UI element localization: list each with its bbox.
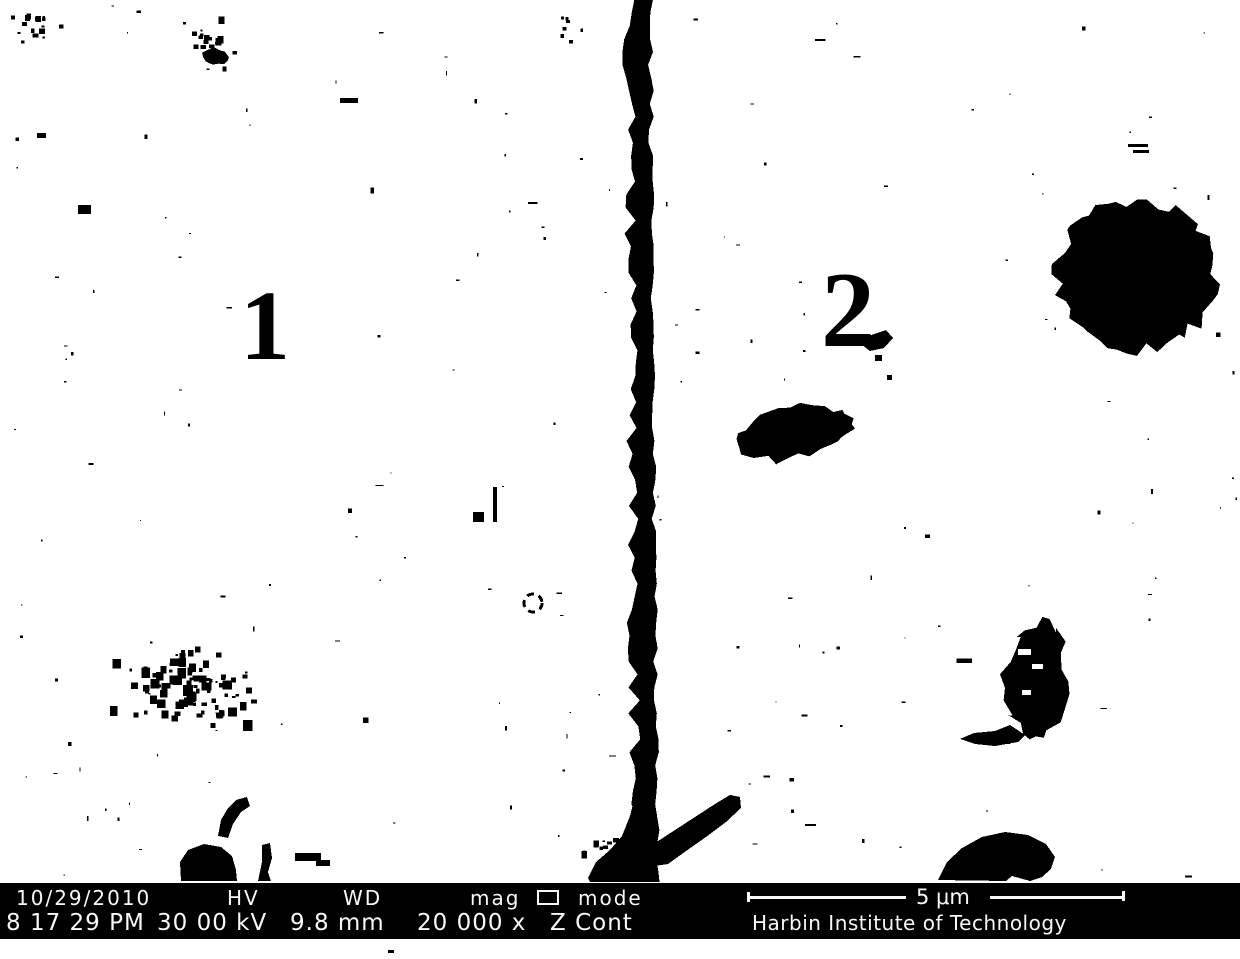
- mag-frame-icon: [537, 890, 559, 905]
- mag-label: mag: [470, 888, 520, 908]
- micrograph-canvas: [0, 0, 1240, 959]
- sem-micrograph: 1 2 10/29/2010 HV WD mag mode 8 17 29 PM…: [0, 0, 1240, 959]
- scale-bar-tick-right: [1122, 891, 1125, 901]
- region-label-2: 2: [821, 257, 875, 365]
- hv-label: HV: [227, 888, 260, 908]
- wd-label: WD: [343, 888, 382, 908]
- wd-value: 9.8 mm: [290, 912, 385, 935]
- particle-shapes: [37, 47, 1220, 953]
- mag-value: 20 000 x: [417, 912, 526, 935]
- hv-value: 30 00 kV: [157, 912, 267, 935]
- time-text: 8 17 29 PM: [6, 912, 145, 935]
- scale-bar-line-right: [990, 896, 1125, 899]
- boundary-line: [622, 0, 659, 882]
- region-label-1: 1: [240, 276, 290, 376]
- date-text: 10/29/2010: [16, 888, 151, 908]
- scale-bar-label: 5 μm: [916, 887, 970, 908]
- institution-text: Harbin Institute of Technology: [752, 913, 1067, 933]
- scale-bar-line-left: [748, 896, 906, 899]
- noise-speckles: [11, 5, 1237, 877]
- mode-value: Z Cont: [550, 912, 633, 935]
- info-bar: 10/29/2010 HV WD mag mode 8 17 29 PM 30 …: [0, 883, 1240, 939]
- mode-label: mode: [578, 888, 643, 908]
